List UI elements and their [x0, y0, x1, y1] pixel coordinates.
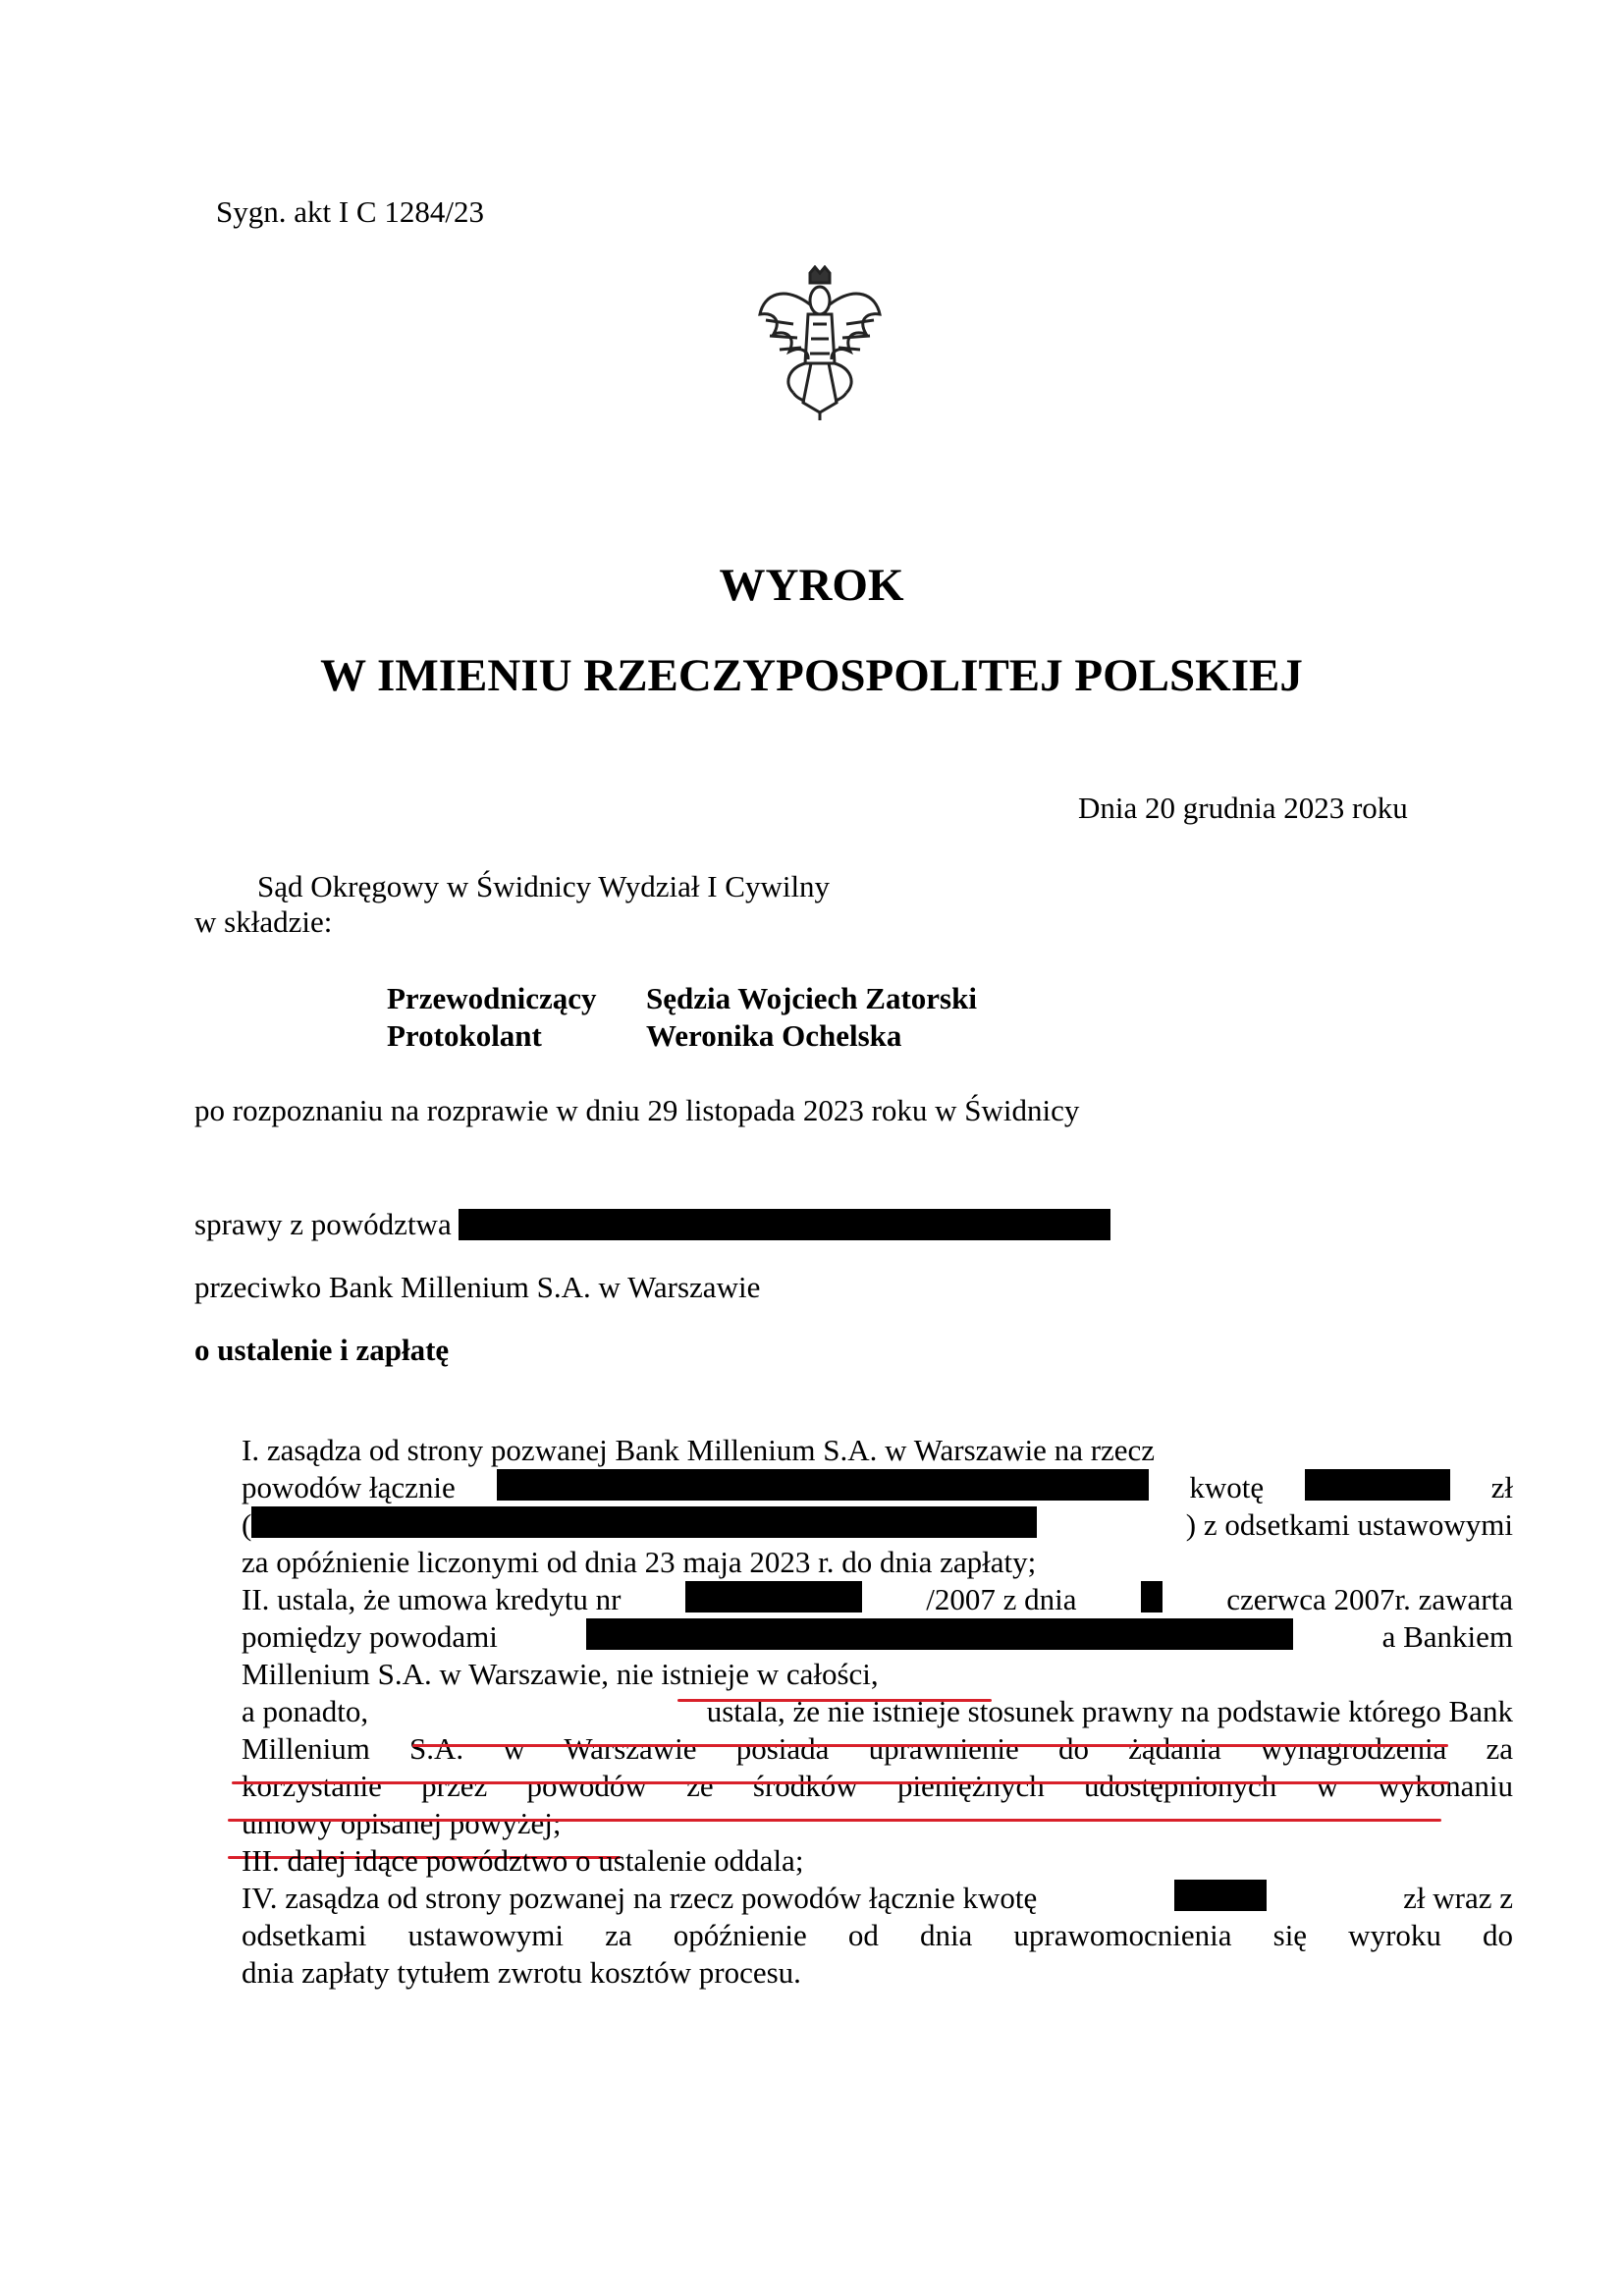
panel-name-presiding: Sędzia Wojciech Zatorski	[646, 980, 977, 1017]
ruling-2-line-1: II. ustala, że umowa kredytu nr /2007 z …	[242, 1581, 1513, 1618]
case-from-line: sprawy z powództwa	[194, 1206, 1110, 1243]
hearing-info: po rozpoznaniu na rozprawie w dniu 29 li…	[194, 1092, 1079, 1129]
case-from-label: sprawy z powództwa	[194, 1207, 452, 1241]
redaction-amount-words	[251, 1506, 1037, 1538]
ruling-2-line-7: umowy opisanej powyżej;	[242, 1805, 561, 1842]
case-subject: o ustalenie i zapłatę	[194, 1332, 449, 1369]
panel-name-clerk: Weronika Ochelska	[646, 1017, 901, 1055]
highlight-underline	[412, 1744, 1448, 1747]
ruling-4-line-1: IV. zasądza od strony pozwanej na rzecz …	[242, 1880, 1513, 1917]
ruling-2-line-2: pomiędzy powodami a Bankiem	[242, 1618, 1513, 1656]
redaction-plaintiffs-party	[586, 1618, 1293, 1650]
redaction-contract-number	[685, 1581, 862, 1613]
ruling-4-line-2: odsetkami ustawowymi za opóźnienie od dn…	[242, 1917, 1513, 1954]
ruling-4-line-3: dnia zapłaty tytułem zwrotu kosztów proc…	[242, 1954, 801, 1992]
document-title: WYROK	[0, 558, 1623, 613]
ruling-2-line-3: Millenium S.A. w Warszawie, nie istnieje…	[242, 1656, 879, 1693]
redaction-plaintiffs-names	[497, 1469, 1149, 1501]
redaction-plaintiffs	[459, 1209, 1110, 1240]
redaction-amount	[1305, 1469, 1450, 1501]
highlight-underline	[232, 1781, 1449, 1784]
composition-label: w składzie:	[194, 903, 332, 941]
court-name: Sąd Okręgowy w Świdnicy Wydział I Cywiln…	[257, 868, 830, 905]
ruling-1-line-3: ( ) z odsetkami ustawowymi	[242, 1506, 1513, 1544]
ruling-3: III. dalej idące powództwo o ustalenie o…	[242, 1842, 803, 1880]
panel-role-clerk: Protokolant	[387, 1017, 542, 1055]
case-signature: Sygn. akt I C 1284/23	[216, 193, 484, 231]
judgment-date: Dnia 20 grudnia 2023 roku	[1078, 790, 1408, 827]
ruling-1-line-1: I. zasądza od strony pozwanej Bank Mille…	[242, 1432, 1513, 1469]
ruling-1-line-4: za opóźnienie liczonymi od dnia 23 maja …	[242, 1544, 1036, 1581]
document-subtitle: W IMIENIU RZECZYPOSPOLITEJ POLSKIEJ	[0, 648, 1623, 703]
highlight-underline	[677, 1699, 992, 1702]
highlight-underline	[228, 1819, 1441, 1822]
defendant-line: przeciwko Bank Millenium S.A. w Warszawi…	[194, 1269, 760, 1306]
redaction-day	[1141, 1581, 1163, 1613]
ruling-1-line-2: powodów łącznie kwotę zł	[242, 1469, 1513, 1506]
redaction-costs-amount	[1174, 1880, 1267, 1911]
panel-role-presiding: Przewodniczący	[387, 980, 596, 1017]
polish-eagle-emblem-icon	[754, 265, 886, 422]
ruling-2-line-6: korzystanie przez powodów ze środków pie…	[242, 1768, 1513, 1805]
ruling-2-line-5: Millenium S.A. w Warszawie posiada upraw…	[242, 1730, 1513, 1768]
